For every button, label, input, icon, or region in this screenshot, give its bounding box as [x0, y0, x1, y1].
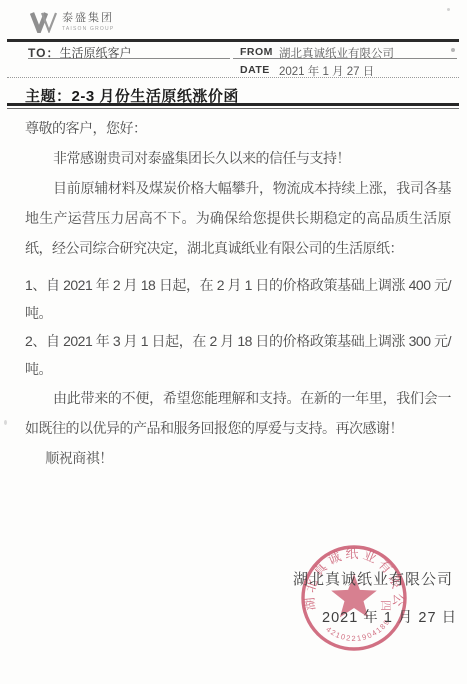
salutation: 尊敬的客户，您好： — [25, 113, 451, 143]
subject-rule-thick — [7, 103, 459, 106]
from-value: 湖北真诚纸业有限公司 — [279, 45, 394, 61]
date-value: 2021 年 1 月 27 日 — [279, 63, 374, 79]
paragraph-thanks: 非常感谢贵司对泰盛集团长久以来的信任与支持！ — [25, 143, 451, 173]
to-label: TO： — [28, 46, 59, 60]
scan-artifact-speck — [451, 48, 455, 52]
closing-wish: 顺祝商祺！ — [25, 443, 451, 473]
logo-text: 泰盛集团 TAISON GROUP — [62, 13, 114, 32]
paragraph-reason: 目前原辅材料及煤炭价格大幅攀升，物流成本持续上涨，我司各基地生产运营压力居高不下… — [25, 173, 451, 263]
to-row: TO：生活原纸客户 — [28, 44, 131, 61]
taison-group-logo-icon — [30, 11, 58, 33]
scanned-letter-page: 泰盛集团 TAISON GROUP TO：生活原纸客户 FROM 湖北真诚纸业有… — [0, 0, 467, 684]
company-logo: 泰盛集团 TAISON GROUP — [30, 11, 114, 33]
signature-company-name: 湖北真诚纸业有限公司 — [293, 568, 453, 589]
header-dotted-rule — [7, 77, 459, 78]
scan-artifact-speck — [4, 420, 7, 425]
scan-artifact-speck — [447, 8, 450, 11]
price-adjustment-list: 1、自 2021 年 2 月 18 日起，在 2 月 1 日的价格政策基础上调涨… — [25, 271, 451, 383]
logo-group-name-en: TAISON GROUP — [62, 27, 114, 32]
company-seal-stamp-icon: 湖北真诚纸业有限公司 4210221904189 四 — [298, 534, 410, 662]
paragraph-apology: 由此带来的不便，希望您能理解和支持。在新的一年里，我们会一如既往的以优异的产品和… — [25, 383, 451, 443]
subject-rule-thin — [7, 108, 459, 109]
price-item-2: 2、自 2021 年 3 月 1 日起，在 2 月 18 日的价格政策基础上调涨… — [25, 327, 451, 383]
logo-group-name-cn: 泰盛集团 — [62, 13, 114, 24]
letter-body: 尊敬的客户，您好： 非常感谢贵司对泰盛集团长久以来的信任与支持！ 目前原辅材料及… — [25, 113, 451, 473]
signature-date: 2021 年 1 月 27 日 — [322, 606, 457, 627]
to-value: 生活原纸客户 — [59, 46, 131, 60]
header-top-rule — [7, 39, 459, 42]
price-item-1: 1、自 2021 年 2 月 18 日起，在 2 月 1 日的价格政策基础上调涨… — [25, 271, 451, 327]
from-label: FROM — [240, 46, 273, 58]
date-label: DATE — [240, 64, 270, 76]
